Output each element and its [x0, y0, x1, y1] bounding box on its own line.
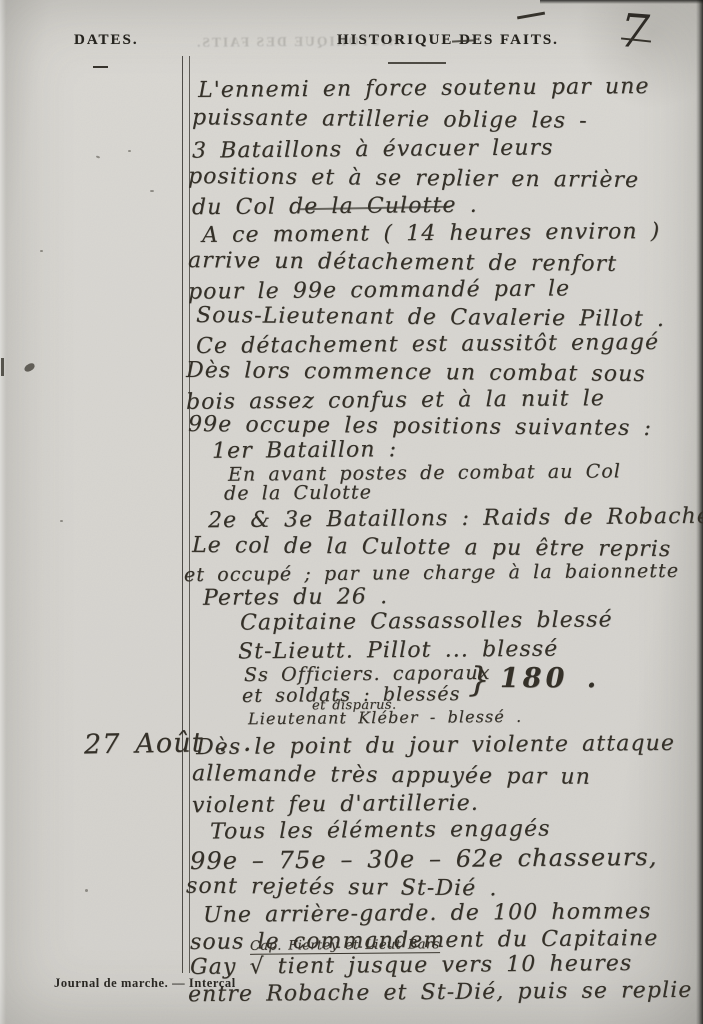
column-divider-rule — [182, 56, 190, 973]
speck — [96, 155, 100, 158]
speck — [85, 889, 88, 892]
handwritten-line: L'ennemi en force soutenu par une — [198, 74, 650, 103]
handwritten-line: Une arrière-garde. de 100 hommes — [203, 899, 652, 928]
handwritten-line: de la Culotte — [224, 481, 372, 504]
dates-column-header: DATES. — [74, 32, 139, 49]
handwritten-line: Tous les éléments engagés — [210, 817, 551, 845]
handwritten-line: positions et à se replier en arrière — [188, 164, 639, 193]
handwritten-line: sont rejetés sur St-Dié . — [186, 874, 498, 902]
handwritten-line: et occupé ; par une charge à la baionnet… — [184, 560, 679, 586]
handwritten-line: Pertes du 26 . — [203, 584, 388, 611]
handwritten-line: Lieutenant Kléber - blessé . — [248, 707, 522, 728]
handwritten-line: Le col de la Culotte a pu être repris — [192, 533, 672, 562]
handwritten-line: 99e – 75e – 30e – 62e chasseurs, — [190, 843, 658, 875]
handwritten-line: entre Robache et St-Dié, puis se replie — [188, 978, 693, 1007]
handwritten-line: Gay √ tient jusque vers 10 heures — [190, 951, 632, 980]
handwritten-line: Dès le point du jour violente attaque — [196, 731, 675, 760]
speck — [150, 190, 154, 192]
ink-blot — [23, 362, 36, 373]
handwritten-line: 2e & 3e Bataillons : Raids de Robache — [208, 504, 703, 533]
historique-underline — [388, 62, 446, 64]
pen-dash — [517, 12, 545, 19]
handwritten-line: pour le 99e commandé par le — [188, 276, 570, 304]
handwritten-line: Dès lors commence un combat sous — [186, 358, 646, 387]
handwritten-line: allemande très appuyée par un — [192, 761, 591, 789]
casualty-total: 180 . — [500, 663, 600, 694]
handwritten-line: Capitaine Cassassolles blessé — [240, 607, 613, 635]
dates-underline — [93, 66, 108, 68]
handwritten-line: bois assez confus et à la nuit le — [186, 386, 605, 415]
torn-left-edge — [0, 0, 6, 1024]
handwritten-line: 99e occupe les positions suivantes : — [188, 412, 652, 441]
handwritten-line: A ce moment ( 14 heures environ ) — [202, 219, 661, 248]
handwritten-line: violent feu d'artillerie. — [192, 791, 479, 819]
handwritten-line: Sous-Lieutenant de Cavalerie Pillot . — [196, 303, 665, 332]
speck — [128, 150, 131, 152]
edge-mark — [1, 358, 4, 376]
handwritten-line: Ce détachement est aussitôt engagé — [196, 330, 659, 359]
historique-column-header: HISTORIQUE DES FAITS. — [337, 32, 559, 49]
handwritten-line: puissante artillerie oblige les - — [192, 105, 588, 133]
journal-page: DATES. HISTORIQUE DES FAITS. HISTORIQUE … — [0, 0, 703, 1024]
handwritten-line: arrive un détachement de renfort — [188, 248, 617, 277]
handwritten-line: 3 Bataillons à évacuer leurs — [192, 135, 554, 163]
handwritten-line: 1er Bataillon : — [212, 437, 397, 464]
handwritten-line: St-Lieutt. Pillot ... blessé — [238, 637, 559, 665]
speck — [60, 520, 63, 522]
speck — [40, 250, 43, 252]
casualty-brace: } — [468, 660, 491, 700]
footer-imprint: Journal de marche. — Intercal — [54, 976, 236, 991]
page-number: 7 — [618, 3, 651, 59]
